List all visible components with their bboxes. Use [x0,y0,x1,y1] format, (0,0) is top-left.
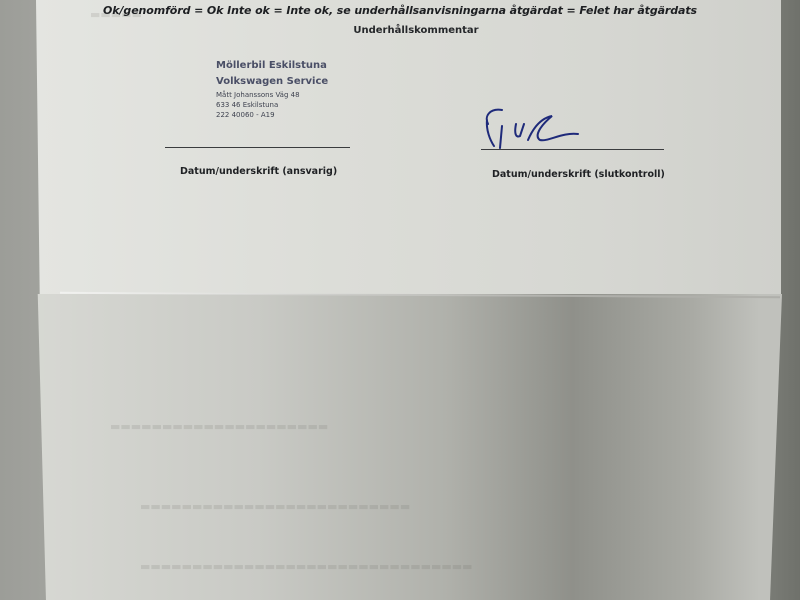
maintenance-comment-heading: Underhållskommentar [0,25,800,36]
dealer-phone: 222 40060 - A19 [216,110,328,120]
signature-label-final-check: Datum/underskrift (slutkontroll) [492,169,665,180]
bleed-through-text: ▬▬▬▬▬▬▬▬▬▬▬▬▬▬▬▬▬▬▬▬▬▬▬▬▬▬▬▬▬▬▬▬ [140,560,473,573]
dealer-service: Volkswagen Service [216,74,328,90]
signature-label-responsible: Datum/underskrift (ansvarig) [180,166,337,177]
handwritten-signature [478,96,608,160]
dealer-name: Möllerbil Eskilstuna [216,58,328,74]
status-legend: Ok/genomförd = Ok Inte ok = Inte ok, se … [0,4,800,17]
dealer-street: Mått Johanssons Väg 48 [216,90,328,100]
paper-upper-panel [36,0,781,296]
paper-lower-panel [34,294,782,600]
bleed-through-text: ▬▬▬▬▬▬▬▬▬▬▬▬▬▬▬▬▬▬▬▬▬▬▬▬▬▬ [140,500,410,513]
signature-line-responsible [165,147,350,148]
bleed-through-text: ▬▬▬▬▬▬▬▬▬▬▬▬▬▬▬▬▬▬▬▬▬ [110,420,328,433]
dealer-city: 633 46 Eskilstuna [216,100,328,110]
dealer-stamp: Möllerbil Eskilstuna Volkswagen Service … [216,58,328,120]
